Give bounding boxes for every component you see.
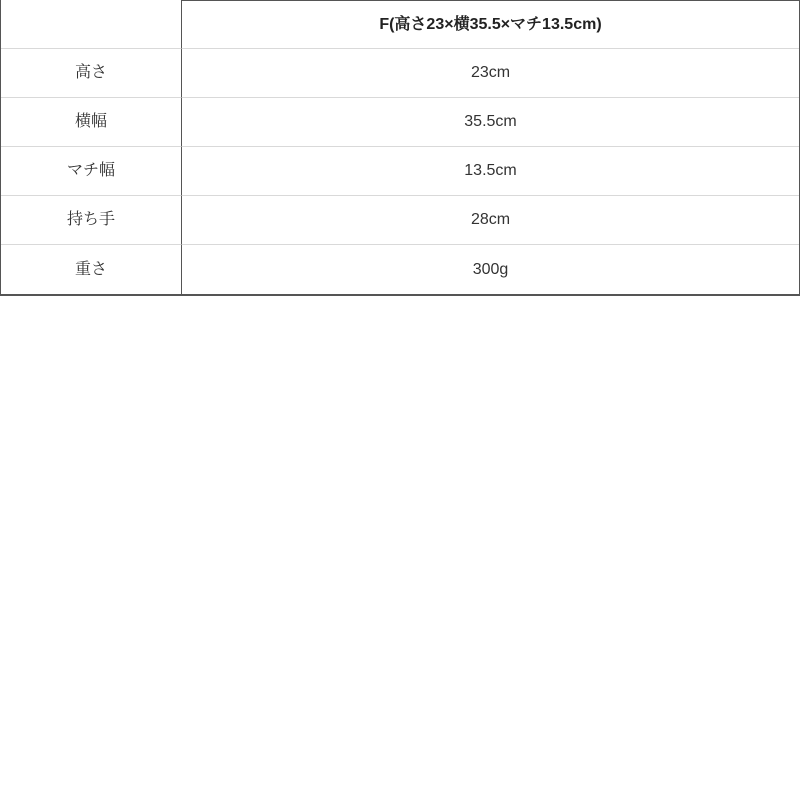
empty-whitespace-area: [0, 296, 800, 800]
spec-row-label-handle: 持ち手: [1, 196, 182, 245]
size-table-corner-cell: [1, 0, 182, 49]
spec-row-value-weight: 300g: [182, 245, 799, 294]
spec-row-label-weight: 重さ: [1, 245, 182, 294]
spec-row-label-height: 高さ: [1, 49, 182, 98]
product-size-spec-table: F(高さ23×横35.5×マチ13.5cm) 高さ 23cm 横幅 35.5cm…: [0, 0, 800, 296]
spec-row-value-height: 23cm: [182, 49, 799, 98]
spec-row-value-width: 35.5cm: [182, 98, 799, 147]
spec-row-label-width: 横幅: [1, 98, 182, 147]
size-table-header-size-cell: F(高さ23×横35.5×マチ13.5cm): [182, 0, 799, 49]
spec-row-label-gusset: マチ幅: [1, 147, 182, 196]
spec-row-value-gusset: 13.5cm: [182, 147, 799, 196]
spec-row-value-handle: 28cm: [182, 196, 799, 245]
